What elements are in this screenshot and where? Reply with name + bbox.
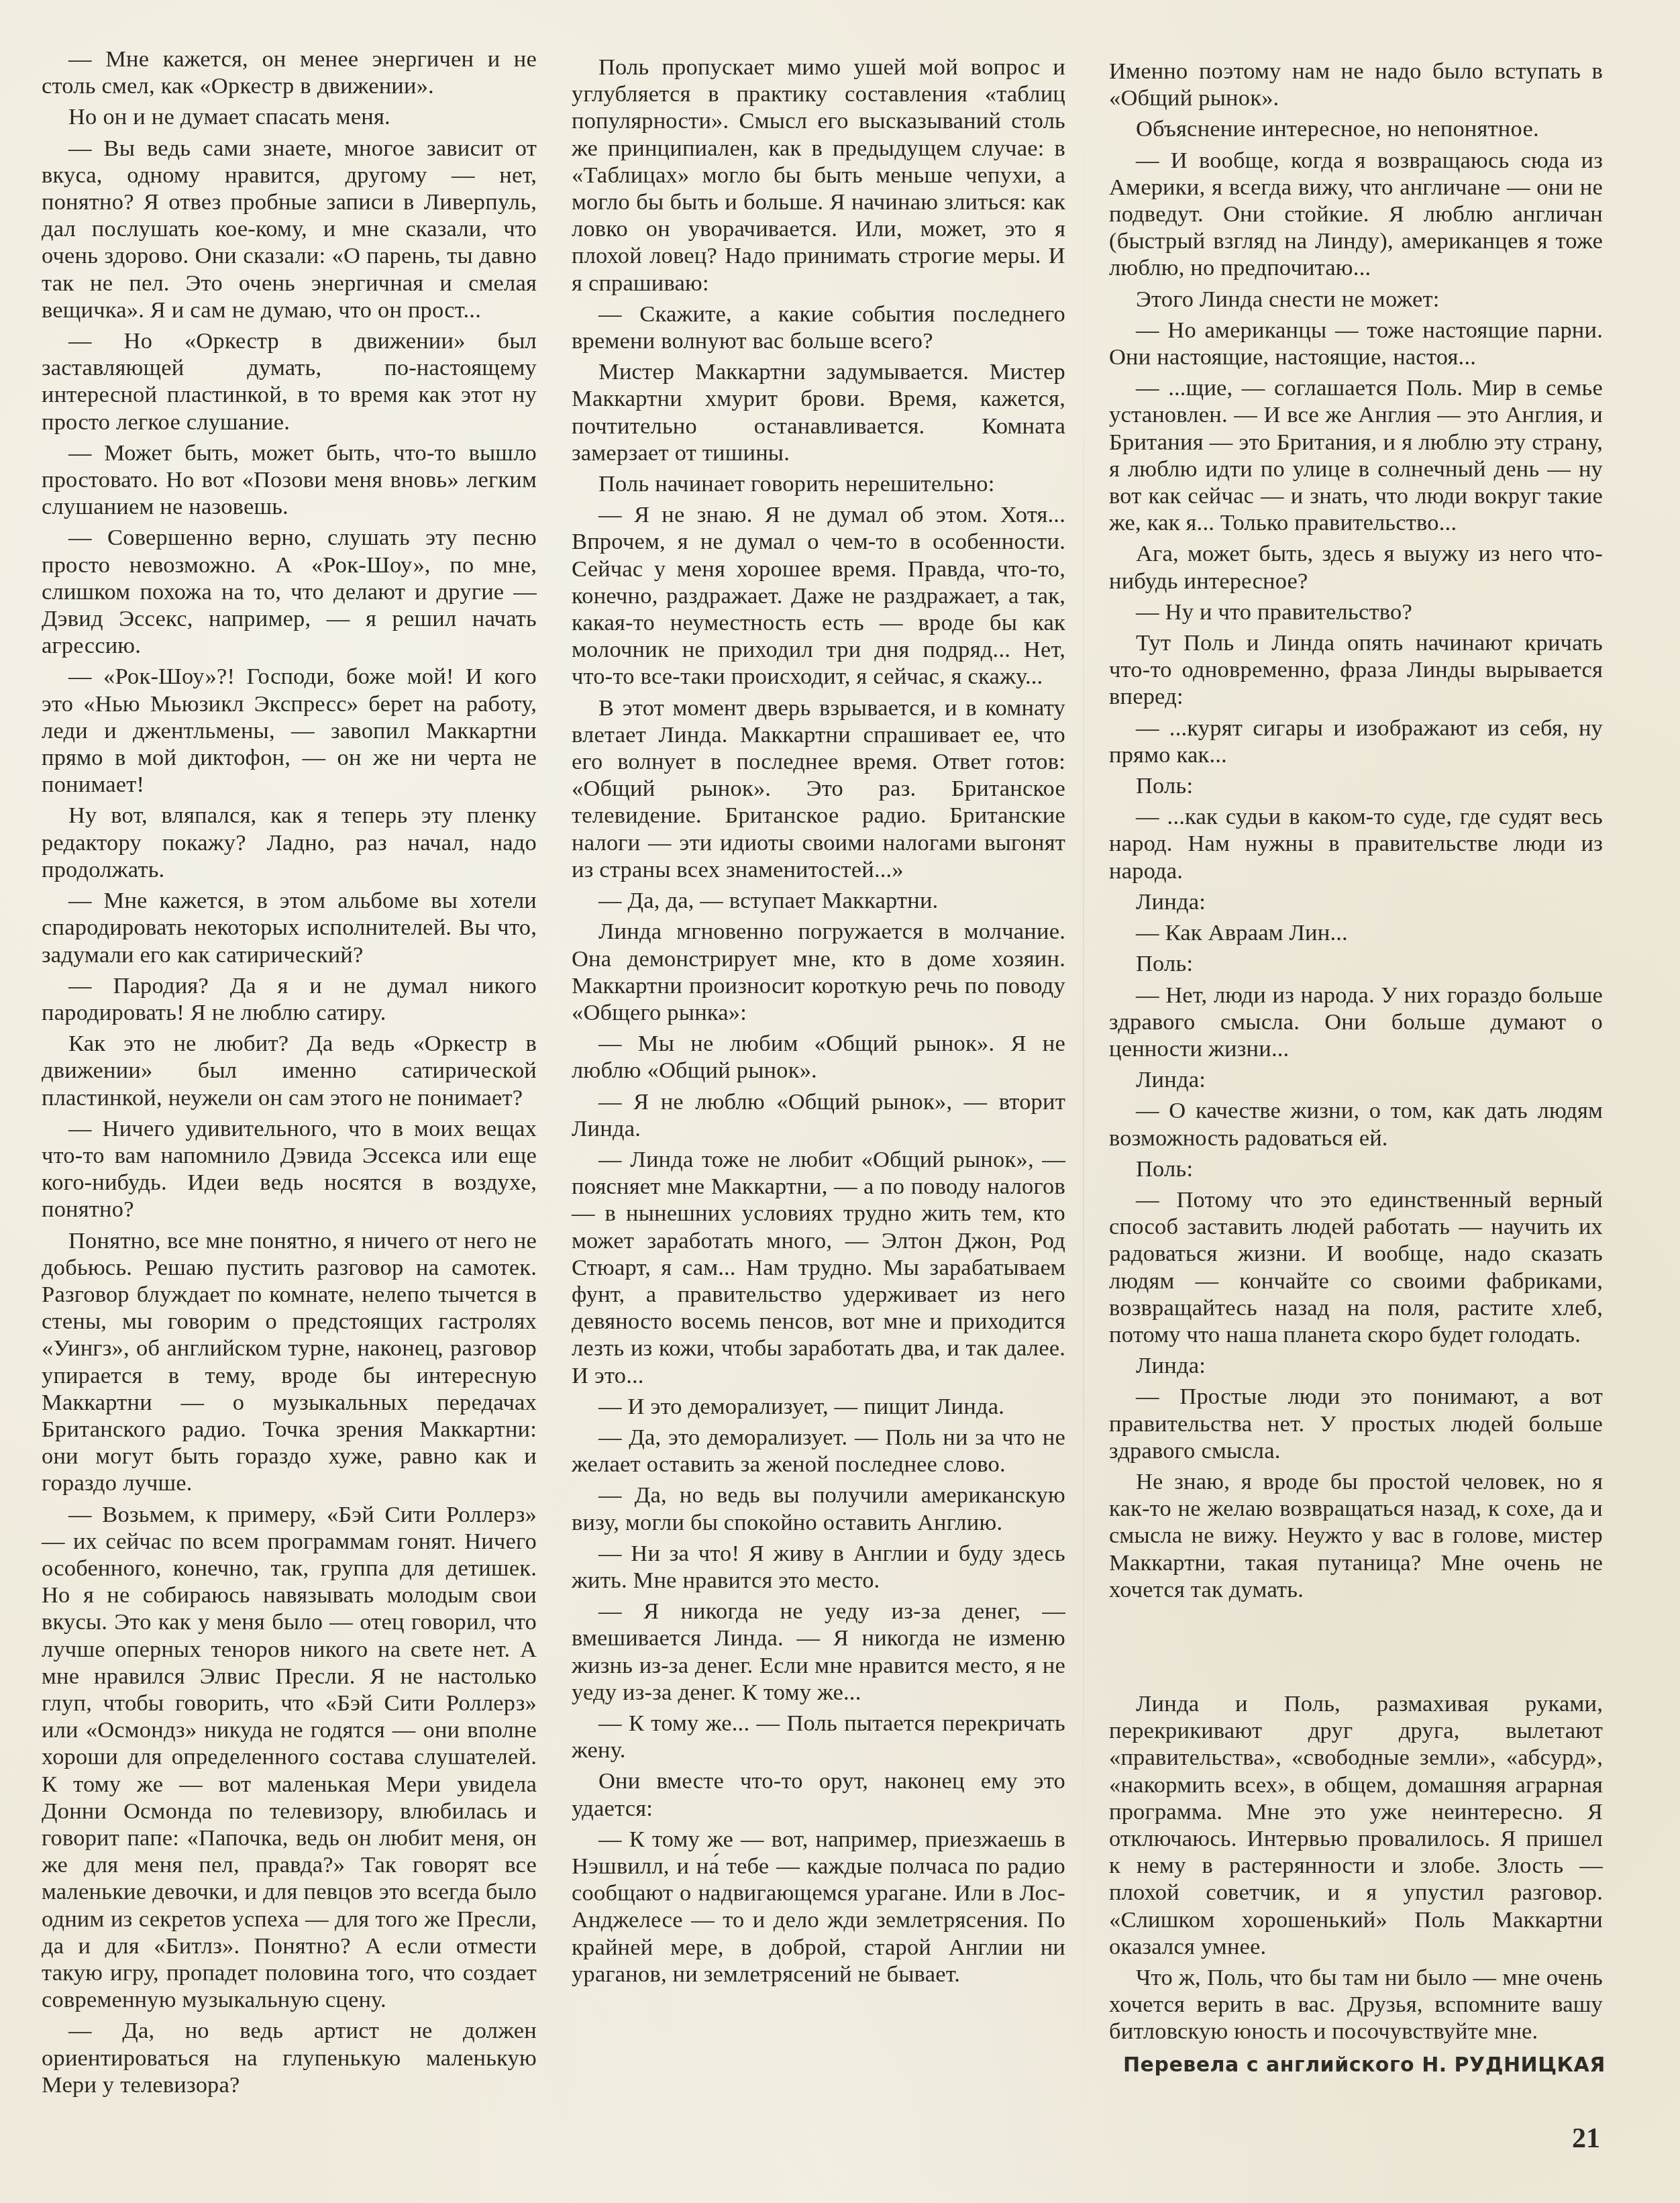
paragraph: Мистер Маккартни задумывается. Мистер Ма… xyxy=(572,358,1065,466)
paragraph: — И это деморализует, — пищит Линда. xyxy=(572,1393,1065,1420)
paragraph: — Мы не любим «Общий рынок». Я не люблю … xyxy=(572,1030,1065,1084)
paragraph: — «Рок-Шоу»?! Господи, боже мой! И кого … xyxy=(42,663,537,798)
paragraph: Не знаю, я вроде бы простой человек, но … xyxy=(1109,1468,1603,1603)
paragraph: — Пародия? Да я и не думал никого пароди… xyxy=(42,972,537,1026)
paragraph: — Я никогда не уеду из-за денег, — вмеши… xyxy=(572,1598,1065,1706)
paragraph: Именно поэтому нам не надо было вступать… xyxy=(1109,58,1603,111)
paragraph: — И вообще, когда я возвращаюсь сюда из … xyxy=(1109,147,1603,282)
paragraph: — Может быть, может быть, что-то вышло п… xyxy=(42,440,537,521)
paragraph: Линда мгновенно погружается в молчание. … xyxy=(572,918,1065,1026)
speaker-label: Поль: xyxy=(1109,1156,1603,1182)
paragraph: Объяснение интересное, но непонятное. xyxy=(1109,115,1603,142)
paragraph: Что ж, Поль, что бы там ни было — мне оч… xyxy=(1109,1964,1603,2045)
paragraph: — Линда тоже не любит «Общий рынок», — п… xyxy=(572,1146,1065,1389)
paragraph: Ага, может быть, здесь я выужу из него ч… xyxy=(1109,540,1603,594)
paragraph: — Я не знаю. Я не думал об этом. Хотя...… xyxy=(572,501,1065,690)
paragraph: — Ничего удивительного, что в моих вещах… xyxy=(42,1115,537,1223)
paragraph: — ...щие, — соглашается Поль. Мир в семь… xyxy=(1109,374,1603,536)
paragraph: — Ни за что! Я живу в Англии и буду здес… xyxy=(572,1540,1065,1594)
paragraph: — Простые люди это понимают, а вот прави… xyxy=(1109,1383,1603,1464)
paragraph: — ...курят сигары и изображают из себя, … xyxy=(1109,715,1603,768)
paragraph: В этот момент дверь взрывается, и в комн… xyxy=(572,695,1065,883)
paragraph: — Но американцы — тоже настоящие парни. … xyxy=(1109,317,1603,370)
translator-credit: Перевела с английского Н. РУДНИЦКАЯ xyxy=(1123,2053,1606,2077)
paragraph: — Да, да, — вступает Маккартни. xyxy=(572,887,1065,914)
speaker-label: Линда: xyxy=(1109,888,1603,915)
paragraph: Тут Поль и Линда опять начинают кричать … xyxy=(1109,629,1603,711)
paragraph: Поль пропускает мимо ушей мой вопрос и у… xyxy=(572,54,1065,297)
paragraph: — Да, но ведь артист не должен ориентиро… xyxy=(42,2017,537,2098)
paragraph: — Потому что это единственный верный спо… xyxy=(1109,1186,1603,1348)
paragraph: — Нет, люди из народа. У них гораздо бол… xyxy=(1109,982,1603,1063)
paragraph: — Возьмем, к примеру, «Бэй Сити Роллерз»… xyxy=(42,1501,537,2014)
paragraph: — Скажите, а какие события последнего вр… xyxy=(572,301,1065,354)
paragraph: — Да, но ведь вы получили американскую в… xyxy=(572,1482,1065,1535)
paragraph: — Да, это деморализует. — Поль ни за что… xyxy=(572,1424,1065,1478)
paragraph: Но он и не думает спасать меня. xyxy=(42,103,537,130)
speaker-label: Поль: xyxy=(1109,772,1603,799)
article-column-2: Поль пропускает мимо ушей мой вопрос и у… xyxy=(572,54,1065,1992)
paragraph: — К тому же — вот, например, приезжаешь … xyxy=(572,1826,1065,1988)
paragraph: — Но «Оркестр в движении» был заставляющ… xyxy=(42,327,537,436)
speaker-label: Поль: xyxy=(1109,950,1603,977)
magazine-page: — Мне кажется, он менее энергичен и не с… xyxy=(0,0,1680,2203)
paragraph: Линда и Поль, размахивая руками, перекри… xyxy=(1109,1690,1603,1960)
page-number: 21 xyxy=(1572,2122,1600,2155)
paragraph: Этого Линда снести не может: xyxy=(1109,286,1603,313)
paragraph: — Мне кажется, в этом альбоме вы хотели … xyxy=(42,887,537,968)
paragraph: — Совершенно верно, слушать эту песню пр… xyxy=(42,524,537,659)
paragraph: — О качестве жизни, о том, как дать людя… xyxy=(1109,1097,1603,1151)
page-crease xyxy=(1083,0,1084,2203)
paragraph: — Я не люблю «Общий рынок», — вторит Лин… xyxy=(572,1088,1065,1142)
article-column-3: Именно поэтому нам не надо было вступать… xyxy=(1109,58,1603,2049)
paragraph: — К тому же... — Поль пытается перекрича… xyxy=(572,1710,1065,1763)
paragraph: — Ну и что правительство? xyxy=(1109,599,1603,625)
paragraph: — ...как судьи в каком-то суде, где судя… xyxy=(1109,803,1603,884)
paragraph: — Как Авраам Лин... xyxy=(1109,919,1603,946)
paragraph: — Мне кажется, он менее энергичен и не с… xyxy=(42,46,537,99)
speaker-label: Линда: xyxy=(1109,1352,1603,1379)
paragraph: Ну вот, вляпался, как я теперь эту пленк… xyxy=(42,802,537,883)
paragraph: — Вы ведь сами знаете, многое зависит от… xyxy=(42,135,537,323)
paragraph: Понятно, все мне понятно, я ничего от не… xyxy=(42,1227,537,1497)
paragraph: Как это не любит? Да ведь «Оркестр в дви… xyxy=(42,1030,537,1111)
paragraph: Поль начинает говорить нерешительно: xyxy=(572,470,1065,497)
speaker-label: Линда: xyxy=(1109,1066,1603,1093)
article-column-1: — Мне кажется, он менее энергичен и не с… xyxy=(42,46,537,2102)
paragraph: Они вместе что-то орут, наконец ему это … xyxy=(572,1767,1065,1821)
